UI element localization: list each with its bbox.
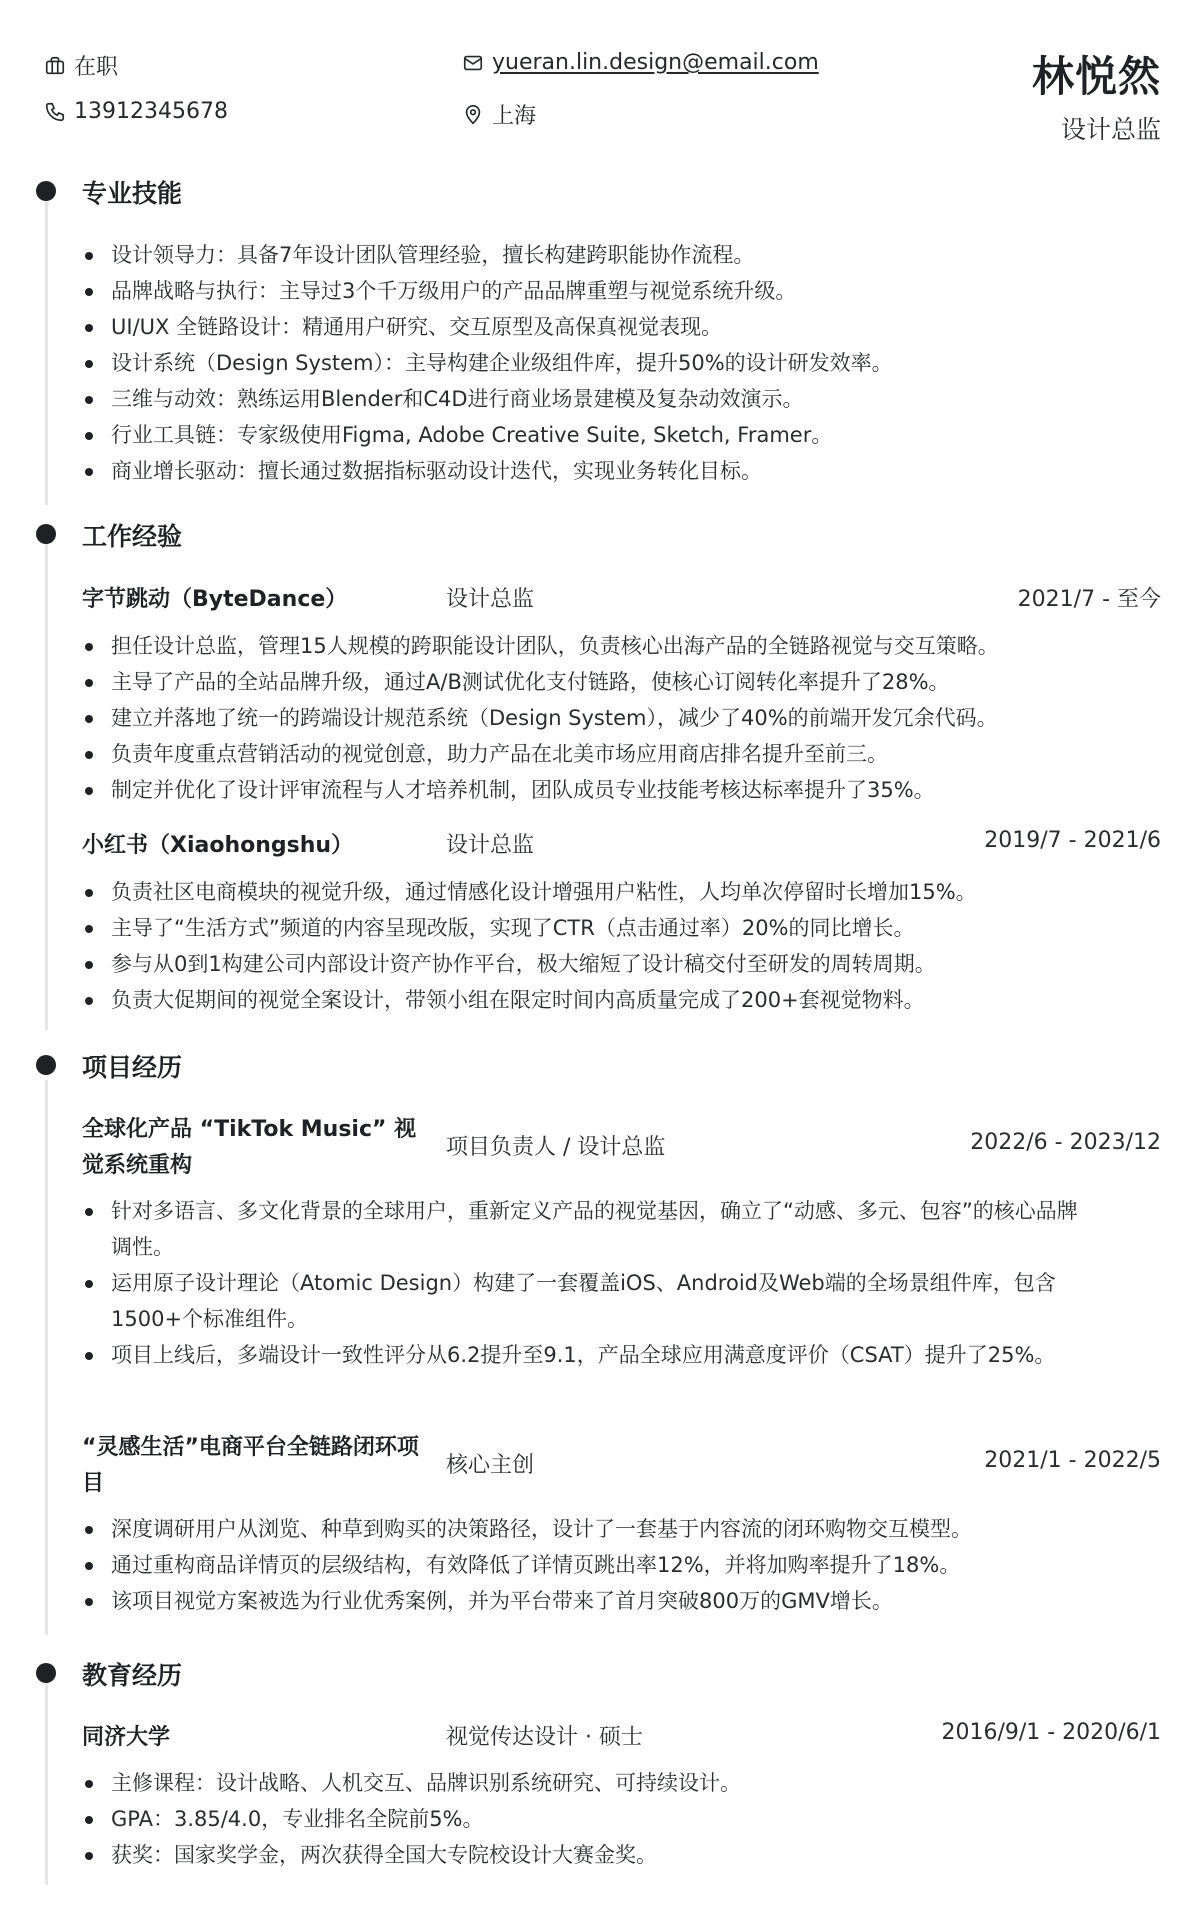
list-item: 主导了“生活方式”频道的内容呈现改版，实现了CTR（点击通过率）20%的同比增长… [82, 910, 1082, 946]
company-name: 小红书（Xiaohongshu） [82, 828, 442, 864]
list-item: 品牌战略与执行：主导过3个千万级用户的产品品牌重塑与视觉系统升级。 [82, 273, 1082, 309]
section-title: 教育经历 [82, 1656, 182, 1692]
list-item: 参与从0到1构建公司内部设计资产协作平台，极大缩短了设计稿交付至研发的周转周期。 [82, 946, 1082, 982]
employment-status: 在职 [44, 50, 118, 81]
resume-page: 在职 13912345678 yueran.lin.design@email.c… [0, 0, 1191, 1920]
timeline-dot [36, 181, 56, 201]
school-name: 同济大学 [82, 1720, 442, 1756]
date-range: 2016/9/1 - 2020/6/1 [941, 1720, 1161, 1745]
project-bullets: 针对多语言、多文化背景的全球用户，重新定义产品的视觉基因，确立了“动感、多元、包… [82, 1193, 1092, 1373]
project-entry-header: 全球化产品 “TikTok Music” 视觉系统重构 项目负责人 / 设计总监… [82, 1112, 1161, 1184]
phone-icon [44, 101, 66, 123]
list-item: GPA：3.85/4.0，专业排名全院前5%。 [82, 1801, 1082, 1837]
degree: 视觉传达设计 · 硕士 [446, 1720, 643, 1751]
list-item: 通过重构商品详情页的层级结构，有效降低了详情页跳出率12%，并将加购率提升了18… [82, 1547, 1082, 1583]
project-name: “灵感生活”电商平台全链路闭环项目 [82, 1430, 437, 1502]
timeline-dot [36, 1663, 56, 1683]
briefcase-icon [44, 55, 66, 77]
phone: 13912345678 [44, 99, 228, 124]
list-item: 负责社区电商模块的视觉升级，通过情感化设计增强用户粘性，人均单次停留时长增加15… [82, 874, 1082, 910]
phone-text: 13912345678 [74, 99, 228, 124]
timeline-line [45, 200, 48, 505]
date-range: 2021/1 - 2022/5 [984, 1448, 1161, 1473]
candidate-name: 林悦然 [1032, 44, 1161, 104]
work-bullets: 担任设计总监，管理15人规模的跨职能设计团队，负责核心出海产品的全链路视觉与交互… [82, 628, 1082, 808]
list-item: 该项目视觉方案被选为行业优秀案例，并为平台带来了首月突破800万的GMV增长。 [82, 1583, 1082, 1619]
list-item: 深度调研用户从浏览、种草到购买的决策路径，设计了一套基于内容流的闭环购物交互模型… [82, 1511, 1082, 1547]
mail-icon [462, 52, 484, 74]
job-role: 设计总监 [446, 828, 534, 859]
list-item: 三维与动效：熟练运用Blender和C4D进行商业场景建模及复杂动效演示。 [82, 381, 1082, 417]
list-item: 负责大促期间的视觉全案设计，带领小组在限定时间内高质量完成了200+套视觉物料。 [82, 982, 1082, 1018]
timeline-line [45, 540, 48, 1030]
list-item: 制定并优化了设计评审流程与人才培养机制，团队成员专业技能考核达标率提升了35%。 [82, 772, 1082, 808]
section-title: 工作经验 [82, 517, 182, 553]
project-role: 项目负责人 / 设计总监 [446, 1130, 665, 1161]
skills-list: 设计领导力：具备7年设计团队管理经验，擅长构建跨职能协作流程。 品牌战略与执行：… [82, 237, 1082, 489]
list-item: 设计系统（Design System）：主导构建企业级组件库，提升50%的设计研… [82, 345, 1082, 381]
list-item: 建立并落地了统一的跨端设计规范系统（Design System），减少了40%的… [82, 700, 1082, 736]
list-item: 担任设计总监，管理15人规模的跨职能设计团队，负责核心出海产品的全链路视觉与交互… [82, 628, 1082, 664]
status-text: 在职 [74, 50, 118, 81]
job-role: 设计总监 [446, 582, 534, 613]
education-bullets: 主修课程：设计战略、人机交互、品牌识别系统研究、可持续设计。 GPA：3.85/… [82, 1765, 1082, 1873]
map-pin-icon [462, 104, 484, 126]
list-item: 获奖：国家奖学金，两次获得全国大专院校设计大赛金奖。 [82, 1837, 1082, 1873]
list-item: 项目上线后，多端设计一致性评分从6.2提升至9.1，产品全球应用满意度评价（CS… [82, 1337, 1092, 1373]
location: 上海 [462, 99, 536, 130]
email: yueran.lin.design@email.com [462, 50, 819, 75]
list-item: 设计领导力：具备7年设计团队管理经验，擅长构建跨职能协作流程。 [82, 237, 1082, 273]
section-title: 专业技能 [82, 174, 182, 210]
timeline-dot [36, 524, 56, 544]
work-bullets: 负责社区电商模块的视觉升级，通过情感化设计增强用户粘性，人均单次停留时长增加15… [82, 874, 1082, 1018]
list-item: 商业增长驱动：擅长通过数据指标驱动设计迭代，实现业务转化目标。 [82, 453, 1082, 489]
timeline-dot [36, 1055, 56, 1075]
list-item: 运用原子设计理论（Atomic Design）构建了一套覆盖iOS、Androi… [82, 1265, 1092, 1337]
list-item: 负责年度重点营销活动的视觉创意，助力产品在北美市场应用商店排名提升至前三。 [82, 736, 1082, 772]
date-range: 2021/7 - 至今 [1018, 582, 1161, 613]
email-link[interactable]: yueran.lin.design@email.com [492, 50, 819, 75]
timeline-line [45, 1680, 48, 1885]
section-title: 项目经历 [82, 1048, 182, 1084]
timeline-line [45, 1080, 48, 1635]
project-name: 全球化产品 “TikTok Music” 视觉系统重构 [82, 1112, 437, 1184]
project-entry-header: “灵感生活”电商平台全链路闭环项目 核心主创 2021/1 - 2022/5 [82, 1430, 1161, 1502]
list-item: 主导了产品的全站品牌升级，通过A/B测试优化支付链路，使核心订阅转化率提升了28… [82, 664, 1082, 700]
list-item: UI/UX 全链路设计：精通用户研究、交互原型及高保真视觉表现。 [82, 309, 1082, 345]
list-item: 针对多语言、多文化背景的全球用户，重新定义产品的视觉基因，确立了“动感、多元、包… [82, 1193, 1092, 1265]
company-name: 字节跳动（ByteDance） [82, 582, 442, 618]
list-item: 行业工具链：专家级使用Figma, Adobe Creative Suite, … [82, 417, 1082, 453]
project-role: 核心主创 [446, 1448, 534, 1479]
date-range: 2019/7 - 2021/6 [984, 828, 1161, 853]
candidate-title: 设计总监 [1061, 110, 1161, 146]
date-range: 2022/6 - 2023/12 [970, 1130, 1161, 1155]
location-text: 上海 [492, 99, 536, 130]
project-bullets: 深度调研用户从浏览、种草到购买的决策路径，设计了一套基于内容流的闭环购物交互模型… [82, 1511, 1082, 1619]
list-item: 主修课程：设计战略、人机交互、品牌识别系统研究、可持续设计。 [82, 1765, 1082, 1801]
